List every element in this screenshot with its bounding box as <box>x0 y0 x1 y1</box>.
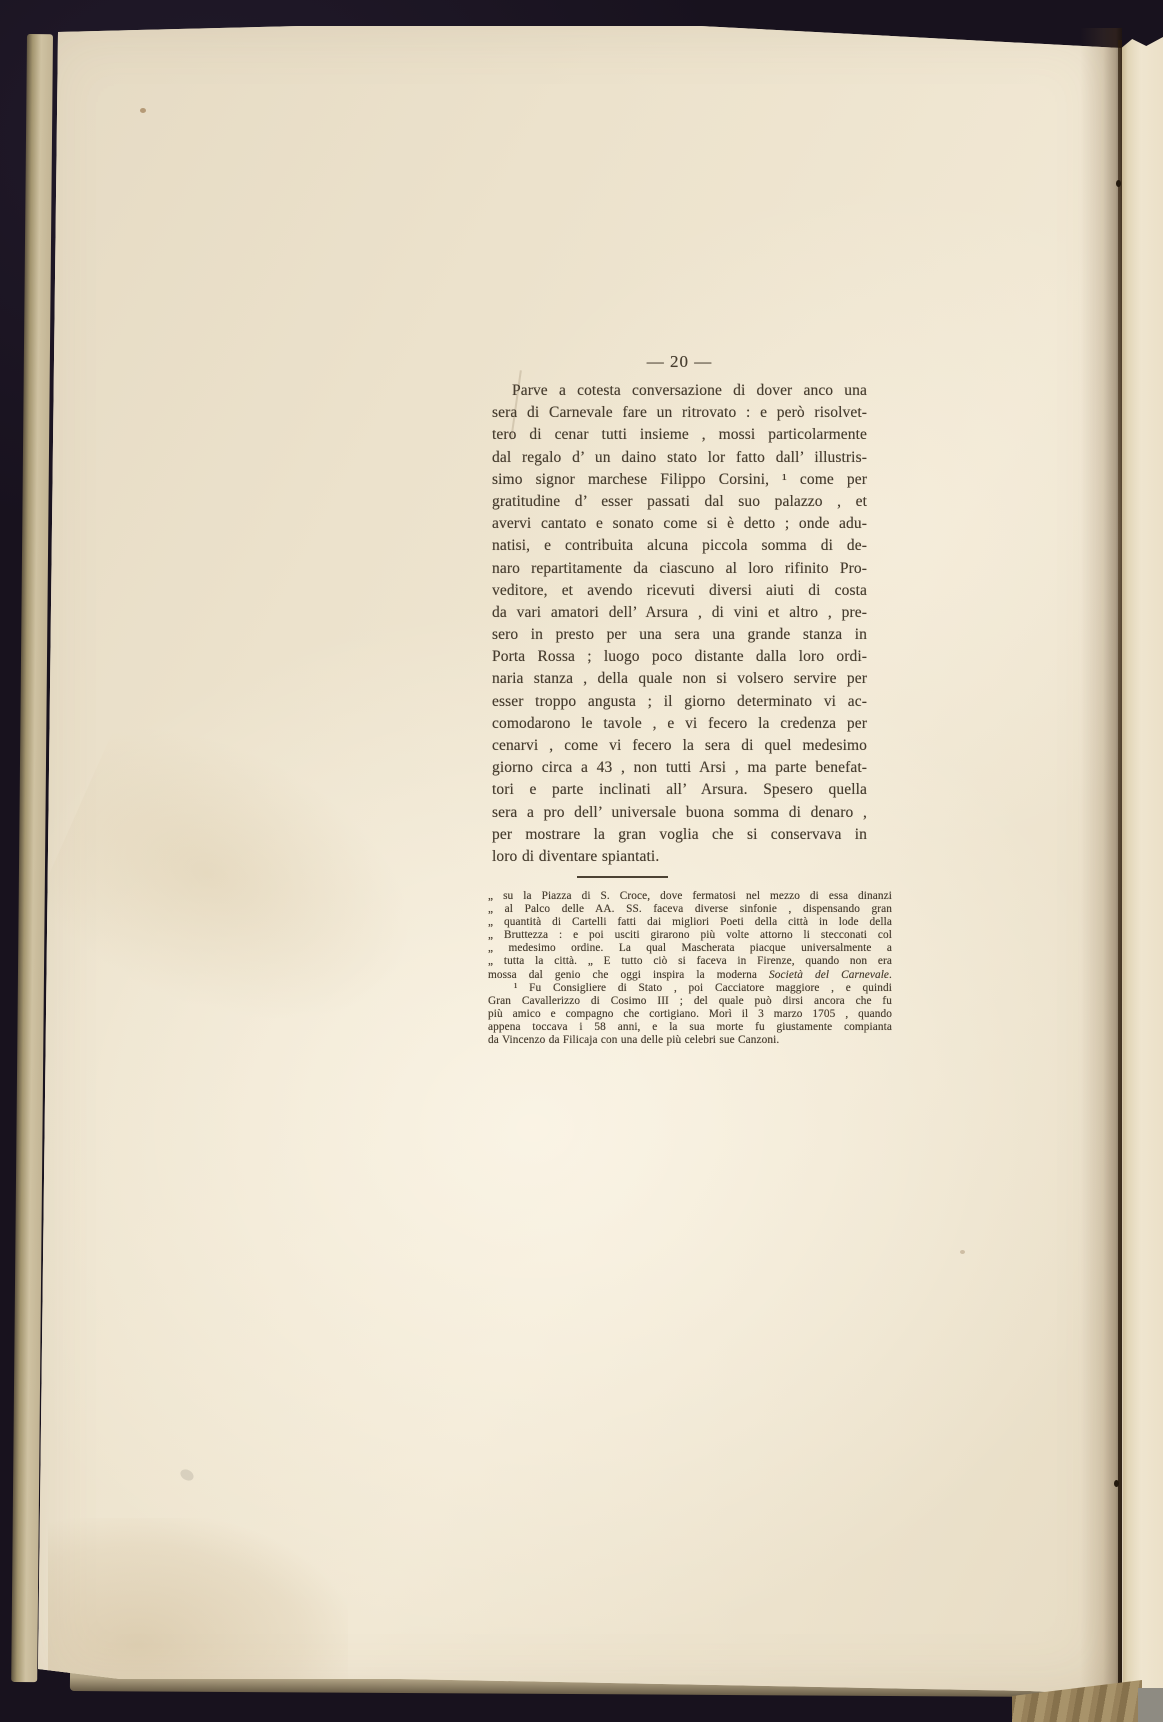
text-line: naro repartitamente da ciascuno al loro … <box>492 558 867 580</box>
text-line: Gran Cavallerizzo di Cosimo III ; del qu… <box>488 995 892 1008</box>
text-line: ¹ Fu Consigliere di Stato , poi Cacciato… <box>488 982 892 995</box>
text-line: avervi cantato e sonato come si è detto … <box>492 513 867 535</box>
text-line: sera a pro dell’ universale buona somma … <box>492 802 867 824</box>
text-line: sero in presto per una sera una grande s… <box>492 624 867 646</box>
text-line: cenarvi , come vi fecero la sera di quel… <box>492 735 867 757</box>
paper-stain <box>23 696 458 1080</box>
text-line: dal regalo d’ un daino stato lor fatto d… <box>492 447 867 469</box>
text-line: loro di diventare spiantati. <box>492 846 867 868</box>
book-page: — 20 — Parve a cotesta conversazione di … <box>30 18 1123 1700</box>
text-line: „ quantità di Cartelli fatti dai miglior… <box>488 916 892 929</box>
text-line: comodarono le tavole , e vi fecero la cr… <box>492 713 867 735</box>
text-line: tero di cenar tutti insieme , mossi part… <box>492 424 867 446</box>
footnotes: „ su la Piazza di S. Croce, dove fermato… <box>488 890 892 1047</box>
text-line: „ tutta la città. „ E tutto ciò si facev… <box>488 955 892 968</box>
paper-smudge <box>178 1467 195 1483</box>
footnote-line-with-italic: mossa dal genio che oggi inspira la mode… <box>488 969 892 982</box>
text-line: appena toccava i 58 anni, e la sua morte… <box>488 1021 892 1034</box>
text-line: natisi, e contribuita alcuna piccola som… <box>492 535 867 557</box>
sewing-hole <box>1116 180 1121 187</box>
gutter-line <box>1118 40 1122 1692</box>
text-line: giorno circa a 43 , non tutti Arsi , ma … <box>492 757 867 779</box>
page-number: — 20 — <box>492 352 867 372</box>
footnote-italic-title: Società del Carnevale <box>769 969 889 981</box>
paper-stain <box>48 1518 348 1698</box>
text-line: più amico e compagno che cortigiano. Mor… <box>488 1008 892 1021</box>
text-line: „ su la Piazza di S. Croce, dove fermato… <box>488 890 892 903</box>
text-line: veditore, et avendo ricevuti diversi aiu… <box>492 580 867 602</box>
binding-corner <box>1138 1688 1163 1722</box>
text-line: per mostrare la gran voglia che si conse… <box>492 824 867 846</box>
text-line: simo signor marchese Filippo Corsini, ¹ … <box>492 469 867 491</box>
text-line: da vari amatori dell’ Arsura , di vini e… <box>492 602 867 624</box>
text-line: sera di Carnevale fare un ritrovato : e … <box>492 402 867 424</box>
footnote-separator <box>577 876 668 878</box>
footnote-text: mossa dal genio che oggi inspira la mode… <box>488 969 769 981</box>
adjacent-page-edge <box>1119 34 1163 1722</box>
text-line: „ medesimo ordine. La qual Mascherata pi… <box>488 942 892 955</box>
text-line: esser troppo angusta ; il giorno determi… <box>492 691 867 713</box>
text-line: gratitudine d’ esser passati dal suo pal… <box>492 491 867 513</box>
text-line: Porta Rossa ; luogo poco distante dalla … <box>492 646 867 668</box>
footnote-text: . <box>889 969 892 981</box>
paper-speck <box>960 1250 965 1254</box>
scanned-book-photo: — 20 — Parve a cotesta conversazione di … <box>0 0 1163 1722</box>
text-line: naria stanza , della quale non si volser… <box>492 668 867 690</box>
footnote-continuation: „ su la Piazza di S. Croce, dove fermato… <box>488 890 892 969</box>
text-line: tori e parte inclinati all’ Arsura. Spes… <box>492 779 867 801</box>
sewing-hole <box>1114 1480 1119 1487</box>
paper-speck <box>140 108 146 113</box>
text-line: da Vincenzo da Filicaja con una delle pi… <box>488 1034 892 1047</box>
text-line: „ al Palco delle AA. SS. faceva diverse … <box>488 903 892 916</box>
text-line: „ Bruttezza : e poi usciti girarono più … <box>488 929 892 942</box>
main-paragraph: Parve a cotesta conversazione di dover a… <box>492 380 867 868</box>
footnote-corsini: ¹ Fu Consigliere di Stato , poi Cacciato… <box>488 982 892 1047</box>
text-line: Parve a cotesta conversazione di dover a… <box>492 380 867 402</box>
